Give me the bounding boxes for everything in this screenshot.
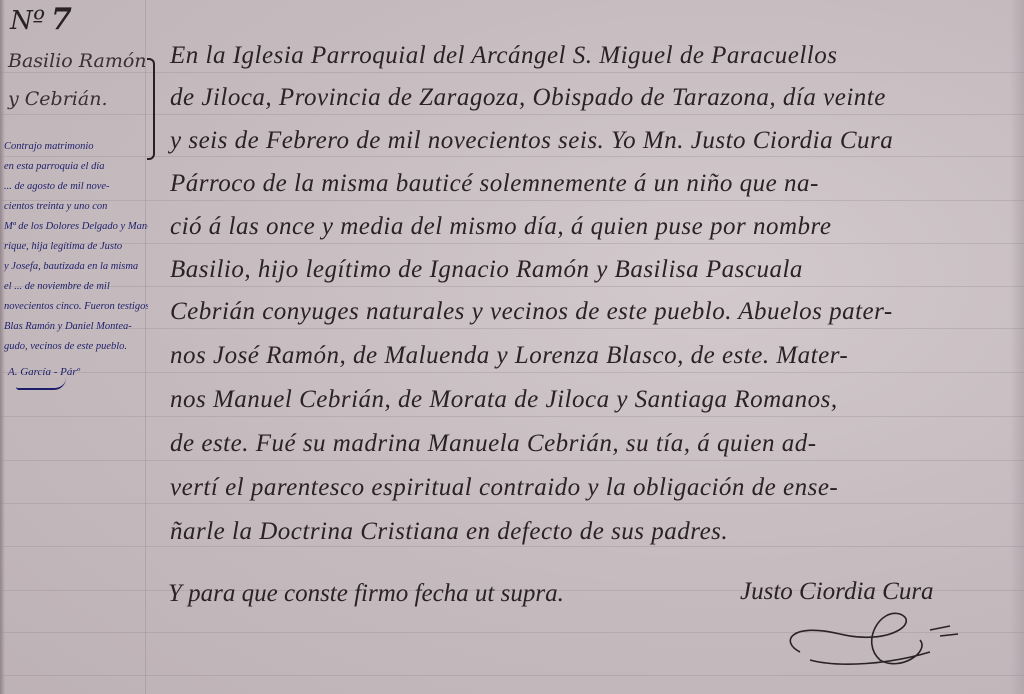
- margin-note-line: cientos treinta y uno con: [4, 200, 148, 213]
- body-line: Párroco de la misma bauticé solemnemente…: [170, 170, 1000, 198]
- margin-note-line: Blas Ramón y Daniel Montea-: [4, 320, 148, 333]
- margin-note-line: gudo, vecinos de este pueblo.: [4, 340, 148, 353]
- ruled-line: [0, 460, 1024, 461]
- margin-name-line-1: Basilio Ramón: [8, 50, 147, 72]
- margin-bracket: [147, 58, 155, 160]
- body-line: de Jiloca, Provincia de Zaragoza, Obispa…: [170, 84, 1000, 112]
- body-line: vertí el parentesco espiritual contraido…: [170, 474, 1000, 502]
- entry-number-prefix: Nº: [10, 6, 45, 36]
- body-line: En la Iglesia Parroquial del Arcángel S.…: [170, 42, 1000, 70]
- closing-statement: Y para que conste firmo fecha ut supra.: [168, 580, 564, 608]
- body-line: Cebrián conyuges naturales y vecinos de …: [170, 298, 1000, 326]
- ruled-line: [0, 328, 1024, 329]
- entry-number-value: 7: [51, 2, 72, 37]
- margin-note-line: el ... de noviembre de mil: [4, 280, 148, 293]
- body-line: nos José Ramón, de Maluenda y Lorenza Bl…: [170, 342, 1000, 370]
- margin-note-line: en esta parroquia el día: [4, 160, 148, 173]
- body-line: nos Manuel Cebrián, de Morata de Jiloca …: [170, 386, 1000, 414]
- register-page: Nº7 Basilio Ramón y Cebrián. Contrajo ma…: [0, 0, 1024, 694]
- margin-note-line: ... de agosto de mil nove-: [4, 180, 148, 193]
- body-line: y seis de Febrero de mil novecientos sei…: [170, 127, 1000, 155]
- body-line: Basilio, hijo legítimo de Ignacio Ramón …: [170, 256, 1000, 284]
- margin-note-line: y Josefa, bautizada en la misma: [4, 260, 148, 273]
- ruled-line: [0, 416, 1024, 417]
- margin-note-line: rique, hija legítima de Justo: [4, 240, 148, 253]
- priest-signature: Justo Ciordia Cura: [740, 578, 934, 606]
- body-line: ció á las once y media del mismo día, á …: [170, 213, 1000, 241]
- entry-number: Nº7: [10, 2, 72, 37]
- margin-note-signature: A. García - Párº: [8, 366, 80, 378]
- margin-signature-flourish: [16, 378, 66, 390]
- body-line: de este. Fué su madrina Manuela Cebrián,…: [170, 430, 1000, 458]
- ruled-line: [0, 200, 1024, 201]
- margin-note-line: novecientos cinco. Fueron testigos: [4, 300, 148, 313]
- ruled-line: [0, 546, 1024, 547]
- ruled-line: [0, 243, 1024, 244]
- ruled-line: [0, 675, 1024, 676]
- margin-note-line: Contrajo matrimonio: [4, 140, 148, 153]
- ruled-line: [0, 286, 1024, 287]
- signature-rubric-icon: [780, 612, 980, 672]
- ruled-line: [0, 503, 1024, 504]
- margin-note-line: Mª de los Dolores Delgado y Man-: [4, 220, 148, 233]
- body-line: ñarle la Doctrina Cristiana en defecto d…: [170, 518, 1000, 546]
- margin-name-line-2: y Cebrián.: [8, 88, 107, 110]
- ruled-line: [0, 372, 1024, 373]
